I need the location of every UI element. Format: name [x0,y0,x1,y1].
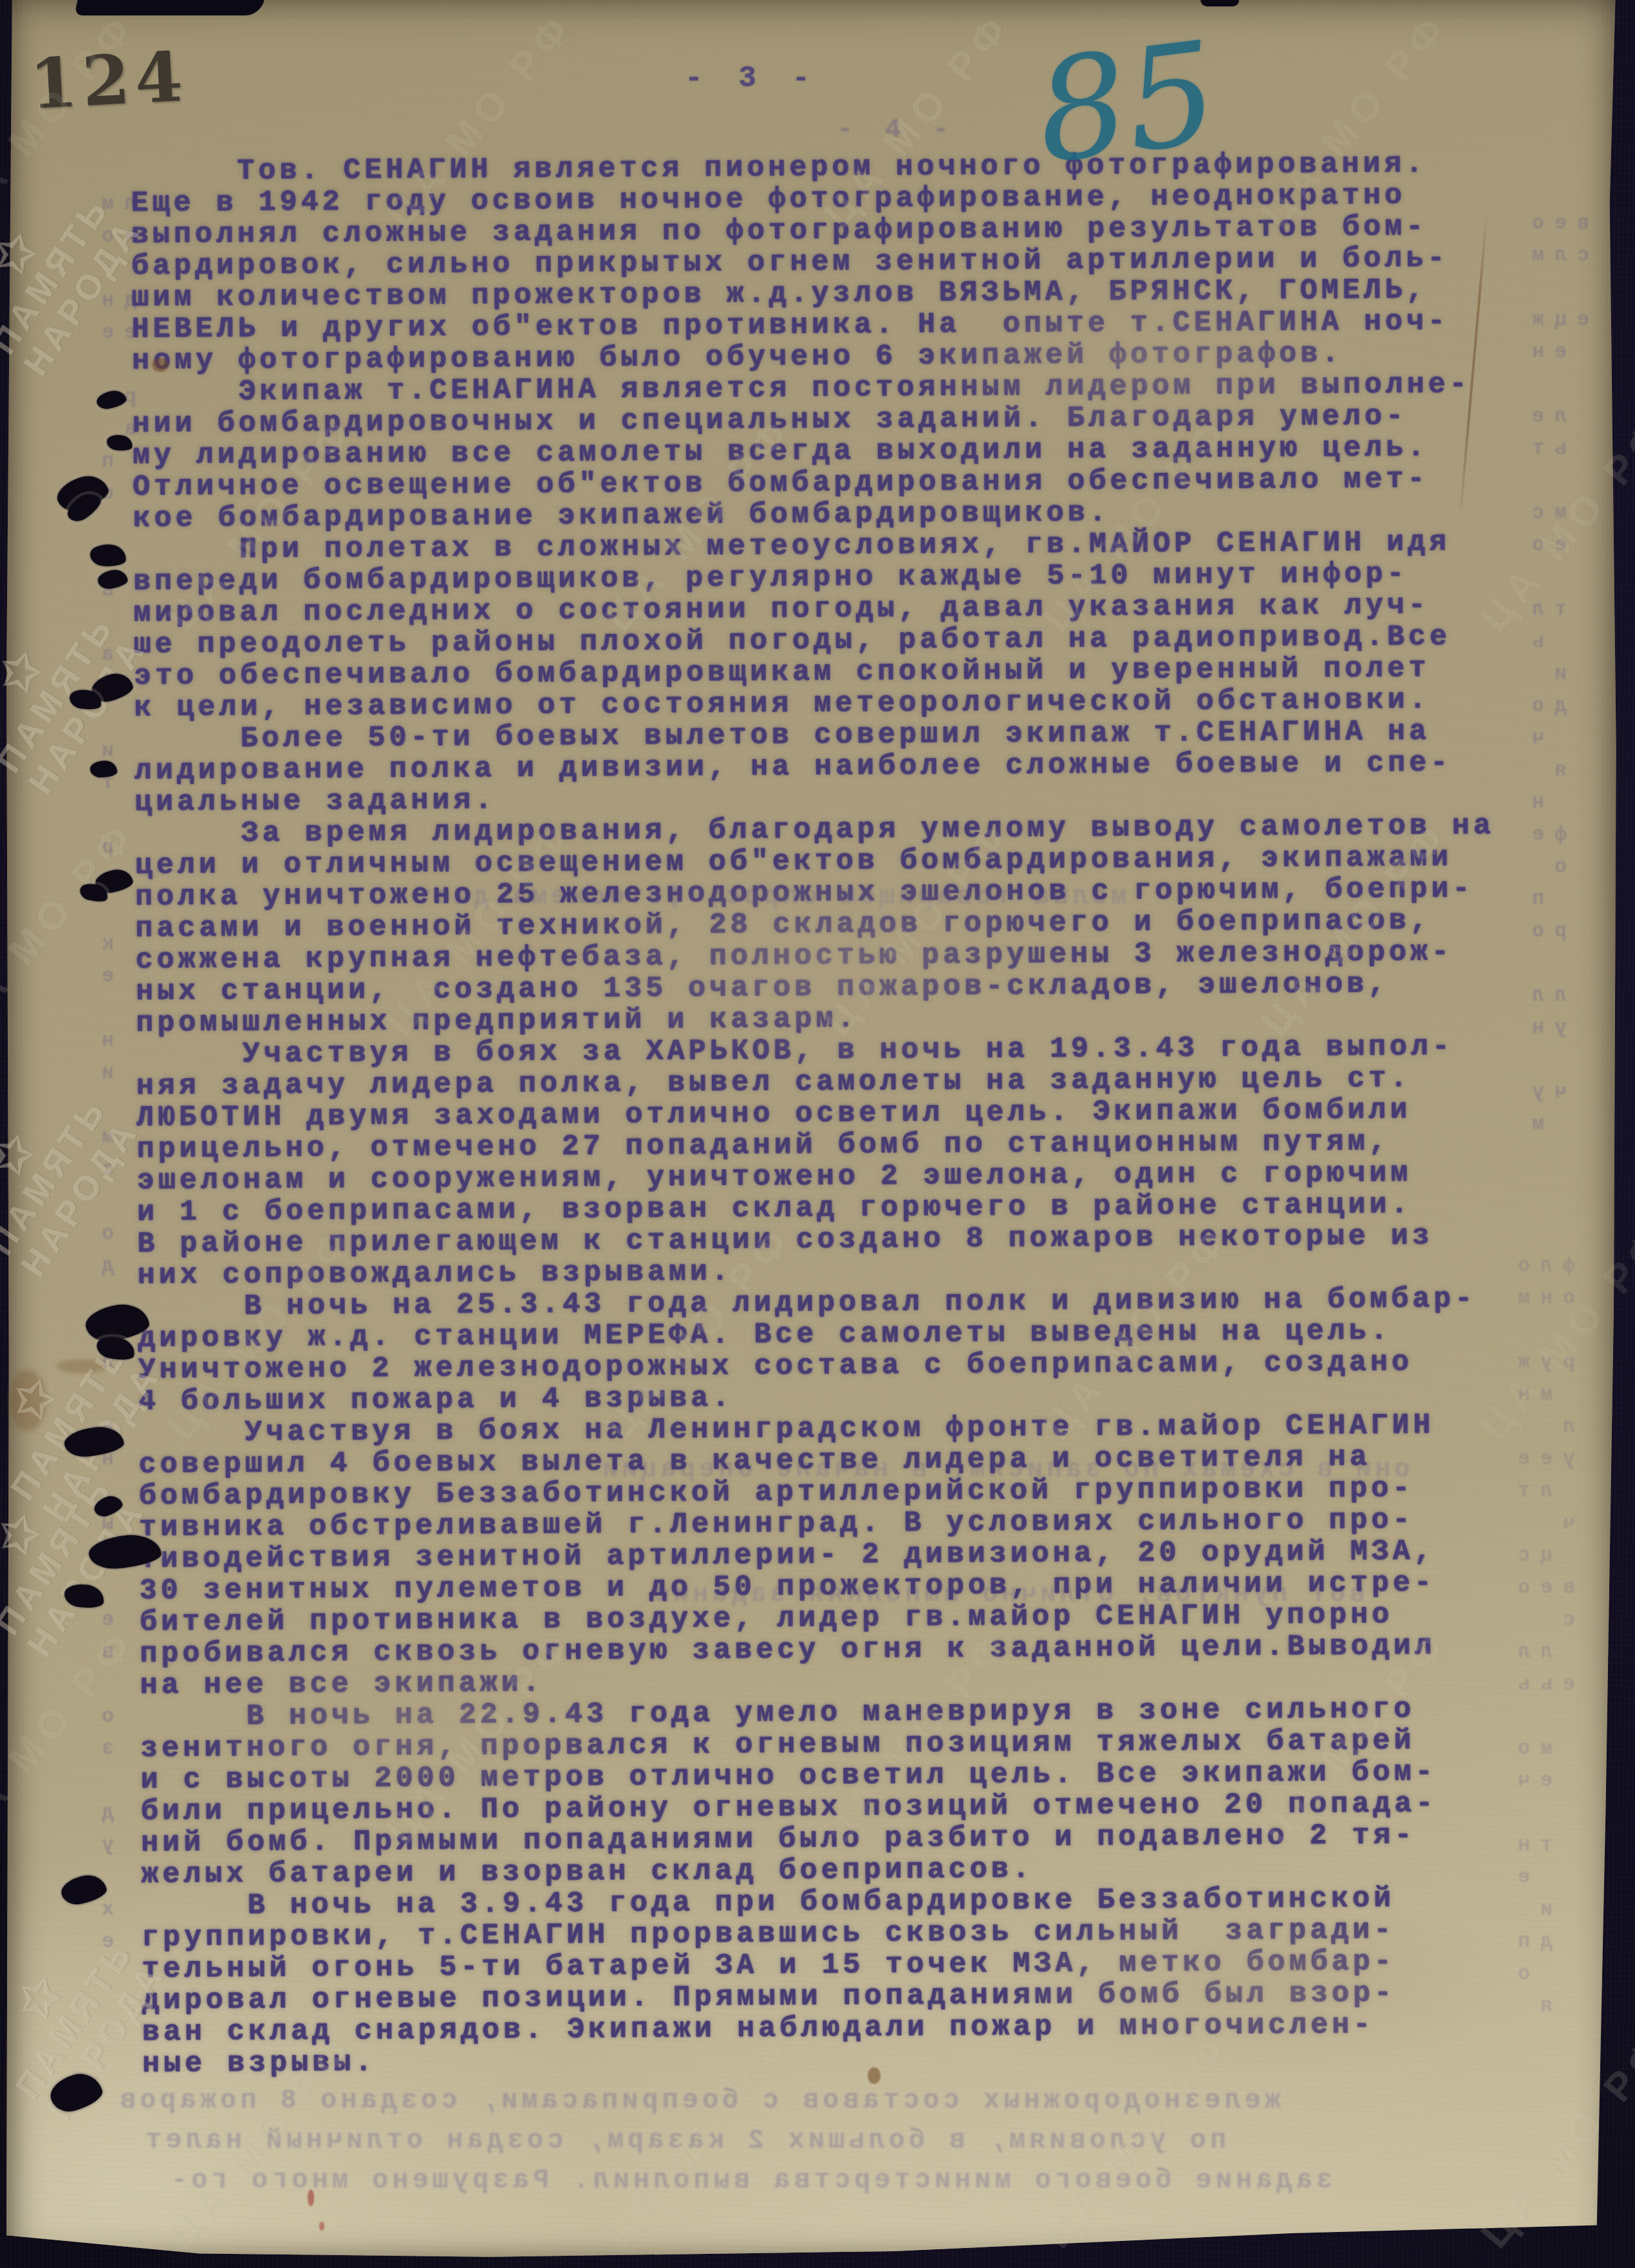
scanned-document: 124 - 3 - - 4 - 85 Тов. СЕНАГИН является… [0,0,1635,2268]
document-body: Тов. СЕНАГИН является пионером ночного ф… [131,148,1502,2080]
ink-blot [90,761,117,777]
page-number-header: - 3 - [685,62,819,95]
handwritten-sheet-number: 85 [1029,12,1226,195]
scan-edge-nick [1201,0,1239,6]
scan-edge-mark [74,0,264,15]
page-number-ghost: - 4 - [837,115,957,145]
archive-page-number-stamp: 124 [28,36,189,125]
